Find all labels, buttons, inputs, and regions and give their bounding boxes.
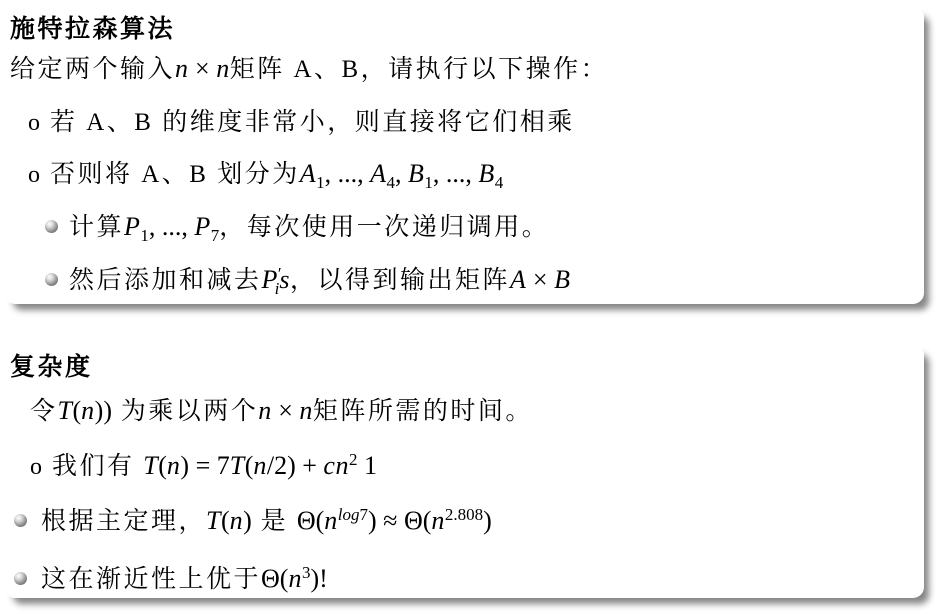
text-segment: )): [95, 396, 112, 425]
text-segment: P: [194, 212, 210, 241]
text-segment: n: [175, 54, 189, 83]
sphere-bullet-icon: [45, 273, 58, 286]
text-segment: 然后添加和减去: [69, 267, 262, 294]
text-segment: A: [510, 265, 526, 294]
text-segment: 4: [387, 173, 396, 192]
text-segment: 矩阵 A、B，请执行以下操作：: [230, 56, 608, 83]
text-segment: T: [143, 451, 158, 480]
text-segment: 7: [211, 226, 220, 245]
sphere-bullet-icon: [45, 220, 58, 233]
text-segment: (: [221, 506, 230, 535]
text-segment: (: [72, 396, 81, 425]
text-segment: 是: [252, 508, 297, 535]
text-segment: B: [478, 159, 494, 188]
text-segment: ，以得到输出矩阵: [290, 267, 510, 294]
block-title-strassen: 施特拉森算法: [10, 14, 924, 46]
text-segment: ×: [189, 54, 217, 83]
text-segment: n: [288, 564, 302, 593]
text-segment: 这在渐近性上优于: [41, 566, 261, 593]
bullet-line: 计算P1, ..., P7，每次使用一次递归调用。: [45, 212, 924, 245]
o-bullet-icon: o: [28, 162, 40, 188]
text-segment: 否则将 A、B 划分为: [50, 161, 300, 188]
text-line: 给定两个输入n × n矩阵 A、B，请执行以下操作：: [10, 54, 924, 85]
text-segment: n: [81, 396, 95, 425]
text-segment: /2) +: [267, 451, 324, 480]
text-segment: Θ(: [261, 564, 288, 593]
bullet-line: 根据主定理，T(n) 是 Θ(nlog7) ≈ Θ(n2.808): [14, 506, 924, 539]
text-segment: T: [230, 451, 245, 480]
sphere-bullet-icon: [14, 572, 27, 585]
text-segment: i: [275, 279, 280, 298]
text-segment: 1: [357, 451, 377, 480]
text-segment: 计算: [69, 214, 124, 241]
text-segment: log: [338, 505, 360, 524]
text-segment: 我们有: [52, 453, 143, 480]
text-segment: ，每次使用一次递归调用。: [219, 214, 549, 241]
text-segment: A: [370, 159, 386, 188]
complexity-block: 复杂度 令T(n)) 为乘以两个n × n矩阵所需的时间。o我们有 T(n) =…: [4, 344, 924, 598]
text-segment: n: [258, 396, 272, 425]
text-segment: P: [124, 212, 140, 241]
text-segment: 2.808: [445, 505, 483, 524]
slide-page: 施特拉森算法 给定两个输入n × n矩阵 A、B，请执行以下操作：o若 A、B …: [0, 0, 940, 614]
text-segment: n: [167, 451, 181, 480]
text-segment: n: [431, 506, 445, 535]
text-line: 令T(n)) 为乘以两个n × n矩阵所需的时间。: [30, 396, 924, 427]
text-segment: n: [216, 54, 230, 83]
text-segment: , ...,: [149, 212, 195, 241]
o-bullet-icon: o: [28, 110, 40, 136]
text-segment: ): [483, 506, 492, 535]
bullet-line: o我们有 T(n) = 7T(n/2) + cn2 1: [30, 451, 924, 484]
text-segment: 7: [360, 505, 369, 524]
text-segment: T: [206, 506, 221, 535]
text-segment: (: [158, 451, 167, 480]
text-segment: 为乘以两个: [112, 398, 258, 425]
text-segment: ×: [526, 265, 554, 294]
text-segment: Θ(: [297, 506, 324, 535]
text-segment: )!: [310, 564, 327, 593]
text-segment: T: [58, 396, 73, 425]
text-segment: ×: [272, 396, 300, 425]
text-segment: 2: [349, 450, 358, 469]
text-segment: 根据主定理，: [41, 508, 206, 535]
sphere-bullet-icon: [14, 514, 27, 527]
bullet-line: o否则将 A、B 划分为A1, ..., A4, B1, ..., B4: [28, 159, 924, 192]
block-title-complexity: 复杂度: [10, 352, 924, 384]
text-segment: 给定两个输入: [10, 56, 175, 83]
text-segment: 1: [316, 173, 325, 192]
text-segment: A: [300, 159, 316, 188]
text-segment: 4: [495, 173, 504, 192]
text-segment: n: [299, 396, 313, 425]
text-segment: 令: [30, 398, 58, 425]
bullet-line: 然后添加和减去P′is，以得到输出矩阵A × B: [45, 265, 924, 298]
text-segment: ) = 7: [180, 451, 229, 480]
text-segment: 矩阵所需的时间。: [313, 398, 533, 425]
text-segment: , ...,: [325, 159, 371, 188]
text-segment: , ...,: [433, 159, 479, 188]
text-segment: n: [324, 506, 338, 535]
text-segment: cn: [323, 451, 349, 480]
o-bullet-icon: o: [30, 454, 42, 480]
text-segment: 1: [140, 226, 149, 245]
text-segment: 1: [424, 173, 433, 192]
text-segment: ) ≈ Θ(: [368, 506, 431, 535]
text-segment: 若 A、B 的维度非常小，则直接将它们相乘: [50, 109, 575, 136]
text-segment: ): [243, 506, 252, 535]
text-segment: B: [408, 159, 424, 188]
bullet-line: o若 A、B 的维度非常小，则直接将它们相乘: [28, 108, 924, 138]
text-segment: n: [253, 451, 267, 480]
text-segment: B: [554, 265, 570, 294]
strassen-algorithm-block: 施特拉森算法 给定两个输入n × n矩阵 A、B，请执行以下操作：o若 A、B …: [4, 6, 924, 304]
text-segment: ,: [395, 159, 408, 188]
text-segment: n: [230, 506, 244, 535]
bullet-line: 这在渐近性上优于Θ(n3)!: [14, 564, 924, 597]
text-segment: 3: [302, 563, 311, 582]
